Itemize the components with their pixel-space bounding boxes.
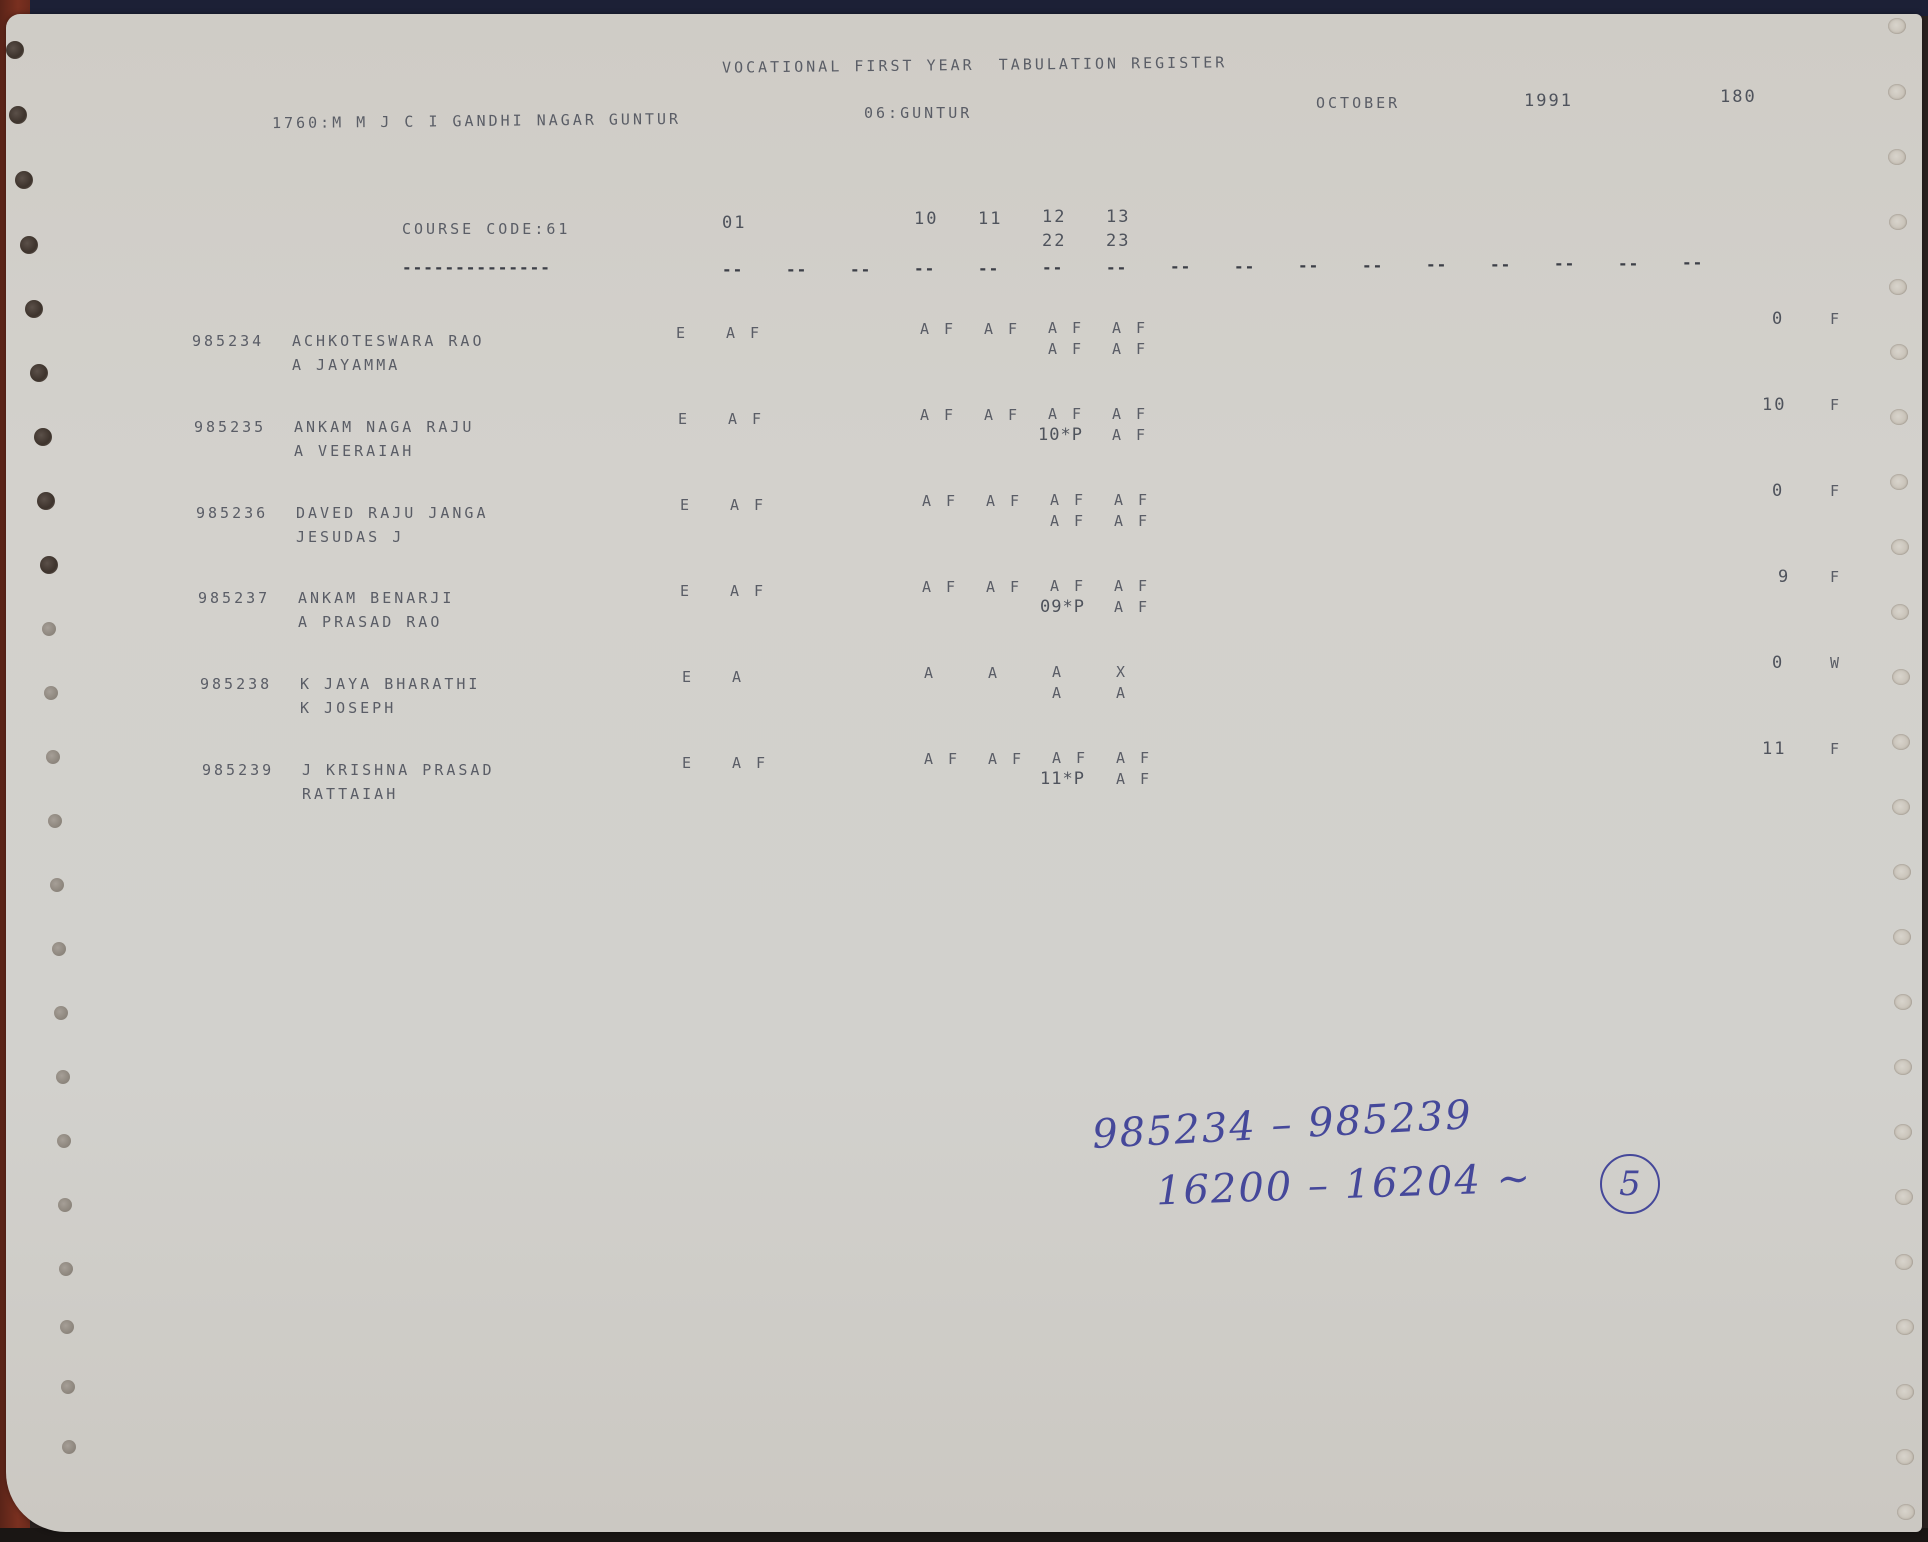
grade-22: A: [1052, 684, 1064, 702]
grade-13: A F: [1112, 405, 1148, 423]
subject-code-13: 13: [1106, 208, 1130, 226]
tractor-hole-icon: [9, 106, 27, 124]
tractor-hole-icon: [1896, 1384, 1914, 1400]
tractor-hole-icon: [1895, 1189, 1913, 1205]
grade-10: A F: [924, 750, 960, 768]
grade-11: A F: [984, 320, 1020, 338]
tractor-hole-icon: [20, 236, 38, 254]
parent-name: K JOSEPH: [300, 699, 396, 717]
tractor-hole-icon: [34, 428, 52, 446]
result-code: F: [1830, 310, 1842, 328]
status-code: E: [680, 496, 692, 514]
status-code: E: [676, 324, 688, 342]
tractor-hole-icon: [1896, 1449, 1914, 1465]
subject-code-10: 10: [914, 210, 938, 228]
tractor-hole-icon: [1894, 994, 1912, 1010]
column-dash: --: [1618, 254, 1639, 273]
column-dash: --: [1682, 253, 1703, 272]
grade-12: A F: [1048, 319, 1084, 337]
grade-01: A: [732, 668, 744, 686]
result-code: W: [1830, 654, 1842, 672]
column-dash: --: [1554, 254, 1575, 273]
tractor-hole-icon: [1889, 279, 1907, 295]
subject-code-22: 22: [1042, 232, 1066, 250]
column-dash: --: [978, 259, 999, 278]
column-dash: --: [1234, 257, 1255, 276]
tractor-hole-icon: [57, 1134, 71, 1148]
grade-23: A F: [1114, 512, 1150, 530]
column-dash: --: [722, 260, 743, 279]
tractor-hole-icon: [58, 1198, 72, 1212]
tractor-hole-icon: [56, 1070, 70, 1084]
tractor-hole-icon: [1889, 214, 1907, 230]
grade-01: A F: [728, 410, 764, 428]
tractor-hole-icon: [1891, 604, 1909, 620]
grade-01: A F: [730, 582, 766, 600]
tractor-hole-icon: [1895, 1254, 1913, 1270]
status-code: E: [678, 410, 690, 428]
result-code: F: [1830, 396, 1842, 414]
tractor-hole-icon: [1890, 474, 1908, 490]
tractor-hole-icon: [1890, 409, 1908, 425]
student-name: J KRISHNA PRASAD: [302, 761, 495, 779]
grade-22: 11*P: [1040, 770, 1085, 788]
tractor-hole-icon: [40, 556, 58, 574]
column-dash: --: [1298, 256, 1319, 275]
column-dash: --: [1170, 257, 1191, 276]
grade-13: A F: [1116, 749, 1152, 767]
status-code: E: [682, 754, 694, 772]
column-dash: --: [1426, 255, 1447, 274]
tractor-hole-icon: [52, 942, 66, 956]
column-dash: --: [1490, 255, 1511, 274]
parent-name: A PRASAD RAO: [298, 613, 442, 631]
grade-11: A F: [986, 578, 1022, 596]
result-code: F: [1830, 482, 1842, 500]
column-dash: --: [1042, 258, 1063, 277]
column-dash: --: [786, 260, 807, 279]
student-name: ANKAM BENARJI: [298, 589, 454, 607]
tractor-hole-icon: [61, 1380, 75, 1394]
column-dash: --: [914, 259, 935, 278]
column-dash: --: [1362, 256, 1383, 275]
tractor-hole-icon: [6, 41, 24, 59]
result-code: F: [1830, 740, 1842, 758]
student-name: K JAYA BHARATHI: [300, 675, 480, 693]
district: 06:GUNTUR: [864, 104, 972, 122]
total-marks: 0: [1772, 482, 1784, 500]
tractor-hole-icon: [1888, 149, 1906, 165]
tabulation-sheet: VOCATIONAL FIRST YEAR TABULATION REGISTE…: [6, 14, 1922, 1532]
hall-ticket-number: 985239: [202, 761, 274, 779]
tractor-hole-icon: [50, 878, 64, 892]
grade-10: A F: [922, 578, 958, 596]
subject-code-01: 01: [722, 214, 746, 232]
grade-22: A F: [1048, 340, 1084, 358]
tractor-hole-icon: [1888, 84, 1906, 100]
tractor-hole-icon: [1893, 864, 1911, 880]
tractor-hole-icon: [60, 1320, 74, 1334]
grade-13: X: [1116, 663, 1128, 681]
tractor-hole-icon: [42, 622, 56, 636]
grade-22: 09*P: [1040, 598, 1085, 616]
course-code-underline: --------------: [402, 258, 551, 277]
student-name: ANKAM NAGA RAJU: [294, 418, 474, 436]
tractor-hole-icon: [1897, 1504, 1915, 1520]
status-code: E: [680, 582, 692, 600]
column-dash: --: [1106, 258, 1127, 277]
hall-ticket-number: 985236: [196, 504, 268, 522]
grade-12: A F: [1052, 749, 1088, 767]
parent-name: RATTAIAH: [302, 785, 398, 803]
grade-23: A: [1116, 684, 1128, 702]
grade-11: A F: [988, 750, 1024, 768]
tractor-hole-icon: [1891, 539, 1909, 555]
page-number: 180: [1720, 88, 1757, 106]
exam-year: 1991: [1524, 92, 1573, 110]
tractor-hole-icon: [1892, 669, 1910, 685]
hall-ticket-number: 985235: [194, 418, 266, 436]
tractor-hole-icon: [59, 1262, 73, 1276]
grade-13: A F: [1114, 491, 1150, 509]
grade-12: A F: [1050, 577, 1086, 595]
student-name: ACHKOTESWARA RAO: [292, 332, 485, 350]
grade-01: A F: [726, 324, 762, 342]
tractor-hole-icon: [37, 492, 55, 510]
grade-10: A F: [920, 406, 956, 424]
tractor-hole-icon: [44, 686, 58, 700]
grade-10: A F: [922, 492, 958, 510]
subject-code-23: 23: [1106, 232, 1130, 250]
course-code-label: COURSE CODE:61: [402, 220, 570, 238]
tractor-hole-icon: [1890, 344, 1908, 360]
handwritten-hallticket-range: 985234 – 985239: [1091, 1092, 1474, 1158]
tractor-hole-icon: [1896, 1319, 1914, 1335]
grade-11: A F: [984, 406, 1020, 424]
grade-22: 10*P: [1038, 426, 1083, 444]
parent-name: JESUDAS J: [296, 528, 404, 546]
grade-23: A F: [1112, 340, 1148, 358]
tractor-hole-icon: [1892, 799, 1910, 815]
grade-13: A F: [1114, 577, 1150, 595]
tractor-hole-icon: [1892, 734, 1910, 750]
circled-count-value: 5: [1619, 1164, 1641, 1204]
total-marks: 11: [1762, 740, 1786, 758]
grade-23: A F: [1114, 598, 1150, 616]
tractor-hole-icon: [30, 364, 48, 382]
grade-11: A: [988, 664, 1000, 682]
grade-01: A F: [730, 496, 766, 514]
register-title: VOCATIONAL FIRST YEAR TABULATION REGISTE…: [722, 53, 1227, 76]
hall-ticket-number: 985238: [200, 675, 272, 693]
hall-ticket-number: 985234: [192, 332, 264, 350]
tractor-hole-icon: [54, 1006, 68, 1020]
tractor-hole-icon: [1888, 18, 1906, 34]
grade-10: A F: [920, 320, 956, 338]
grade-12: A F: [1048, 405, 1084, 423]
parent-name: A JAYAMMA: [292, 356, 400, 374]
parent-name: A VEERAIAH: [294, 442, 414, 460]
grade-12: A F: [1050, 491, 1086, 509]
handwritten-circled-count: 5: [1600, 1154, 1660, 1214]
hall-ticket-number: 985237: [198, 589, 270, 607]
tractor-hole-icon: [48, 814, 62, 828]
status-code: E: [682, 668, 694, 686]
exam-month: OCTOBER: [1316, 94, 1400, 112]
total-marks: 10: [1762, 396, 1786, 414]
grade-10: A: [924, 664, 936, 682]
grade-12: A: [1052, 663, 1064, 681]
student-name: DAVED RAJU JANGA: [296, 504, 489, 522]
grade-23: A F: [1112, 426, 1148, 444]
tractor-hole-icon: [1894, 1124, 1912, 1140]
result-code: F: [1830, 568, 1842, 586]
grade-13: A F: [1112, 319, 1148, 337]
tractor-hole-icon: [25, 300, 43, 318]
grade-22: A F: [1050, 512, 1086, 530]
total-marks: 9: [1778, 568, 1790, 586]
tractor-hole-icon: [1894, 1059, 1912, 1075]
tractor-hole-icon: [62, 1440, 76, 1454]
grade-01: A F: [732, 754, 768, 772]
tractor-hole-icon: [1893, 929, 1911, 945]
subject-code-11: 11: [978, 210, 1002, 228]
grade-23: A F: [1116, 770, 1152, 788]
total-marks: 0: [1772, 654, 1784, 672]
tractor-hole-icon: [46, 750, 60, 764]
college-name: 1760:M M J C I GANDHI NAGAR GUNTUR: [272, 110, 681, 132]
handwritten-serial-range: 16200 – 16204 ~: [1155, 1155, 1533, 1214]
tractor-hole-icon: [15, 171, 33, 189]
total-marks: 0: [1772, 310, 1784, 328]
subject-code-12: 12: [1042, 208, 1066, 226]
grade-11: A F: [986, 492, 1022, 510]
column-dash: --: [850, 260, 871, 279]
